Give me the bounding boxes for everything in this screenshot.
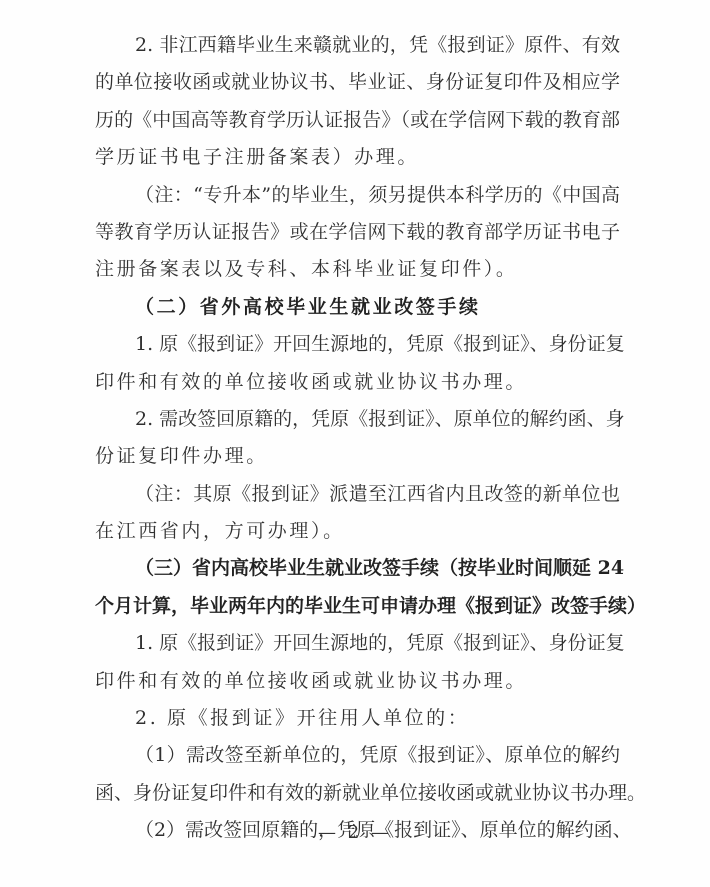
note-line: 等教育学历认证报告》或在学信网下载的教育部学历证书电子 xyxy=(95,214,620,251)
paragraph-line: 2. 原《报到证》开往用人单位的： xyxy=(95,700,625,737)
paragraph-line: 1. 原《报到证》开回生源地的，凭原《报到证》、身份证复 xyxy=(95,326,620,363)
section-heading: （三）省内高校毕业生就业改签手续（按毕业时间顺延 24 xyxy=(95,550,620,587)
paragraph-line: （1）需改签至新单位的，凭原《报到证》、原单位的解约 xyxy=(95,737,620,774)
paragraph-line: 函、身份证复印件和有效的新就业单位接收函或就业协议书办理。 xyxy=(95,775,620,812)
note-line: 在江西省内，方可办理）。 xyxy=(95,513,625,550)
note-line: 注册备案表以及专科、本科毕业证复印件）。 xyxy=(95,251,625,288)
document-body: 2. 非江西籍毕业生来赣就业的，凭《报到证》原件、有效 的单位接收函或就业协议书… xyxy=(95,27,625,850)
note-line: （注：其原《报到证》派遣至江西省内且改签的新单位也 xyxy=(95,476,620,513)
note-line: （注：“专升本”的毕业生，须另提供本科学历的《中国高 xyxy=(95,177,620,214)
paragraph-line: 2. 需改签回原籍的，凭原《报到证》、原单位的解约函、身 xyxy=(95,401,620,438)
section-heading: 个月计算，毕业两年内的毕业生可申请办理《报到证》改签手续） xyxy=(95,588,620,625)
paragraph-line: 印件和有效的单位接收函或就业协议书办理。 xyxy=(95,663,625,700)
paragraph-line: 印件和有效的单位接收函或就业协议书办理。 xyxy=(95,364,625,401)
paragraph-line: 1. 原《报到证》开回生源地的，凭原《报到证》、身份证复 xyxy=(95,625,620,662)
paragraph-line: 学历证书电子注册备案表）办理。 xyxy=(95,139,625,176)
paragraph-line: 历的《中国高等教育学历认证报告》（或在学信网下载的教育部 xyxy=(95,102,620,139)
section-heading: （二）省外高校毕业生就业改签手续 xyxy=(95,289,625,326)
paragraph-line: 份证复印件办理。 xyxy=(95,438,625,475)
paragraph-line: 2. 非江西籍毕业生来赣就业的，凭《报到证》原件、有效 xyxy=(95,27,620,64)
paragraph-line: 的单位接收函或就业协议书、毕业证、身份证复印件及相应学 xyxy=(95,64,620,101)
document-page: 2. 非江西籍毕业生来赣就业的，凭《报到证》原件、有效 的单位接收函或就业协议书… xyxy=(0,0,710,887)
page-number: — 2 — xyxy=(0,822,710,843)
